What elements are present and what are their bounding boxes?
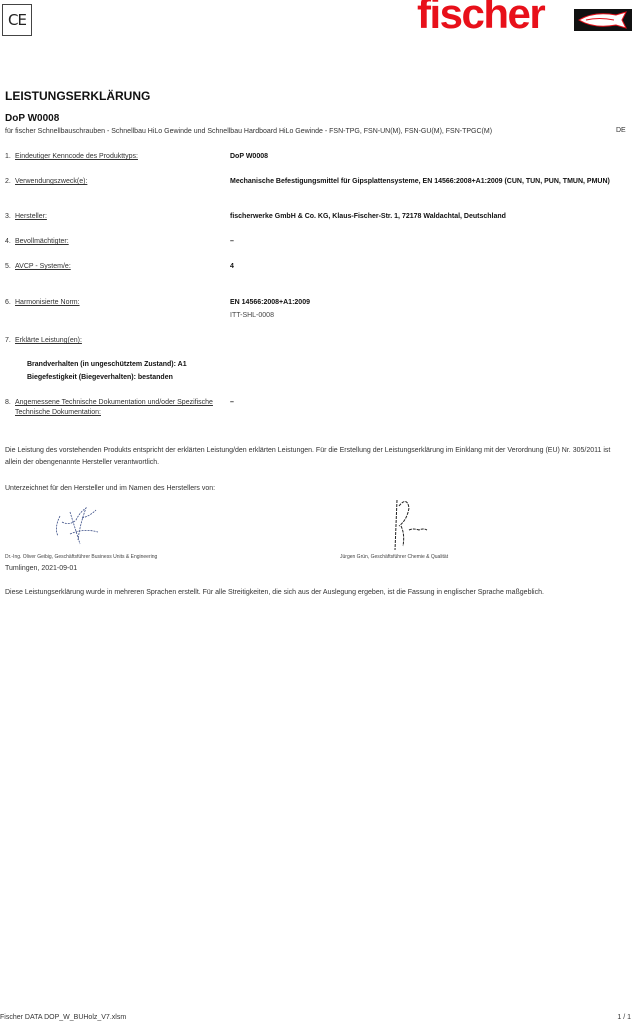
item-number: 2. [5, 178, 11, 185]
item-number: 7. [5, 337, 11, 344]
signatory-caption: Dr.-Ing. Oliver Geibig, Geschäftsführer … [5, 554, 157, 560]
item-number: 4. [5, 238, 11, 245]
item-number: 5. [5, 263, 11, 270]
item-value: – [230, 398, 620, 408]
item-label: AVCP - System/e: [15, 262, 71, 272]
item-label: Eindeutiger Kenncode des Produkttyps: [15, 152, 138, 162]
logo-wordmark: fischer [417, 0, 544, 37]
item-value: Mechanische Befestigungsmittel für Gipsp… [230, 177, 620, 187]
performance-line: Biegefestigkeit (Biegeverhalten): bestan… [27, 374, 173, 381]
item-label: Bevollmächtigter: [15, 237, 69, 247]
product-description: für fischer Schnellbauschrauben - Schnel… [5, 127, 595, 137]
signed-for-statement: Unterzeichnet für den Hersteller und im … [5, 483, 615, 495]
document-code: DoP W0008 [5, 113, 59, 124]
fish-logo-icon [574, 9, 632, 31]
item-label: Hersteller: [15, 212, 47, 222]
footer-filename: Fischer DATA DOP_W_BUHolz_V7.xlsm [0, 1014, 126, 1021]
item-sub-value: ITT-SHL-0008 [230, 312, 274, 319]
item-number: 3. [5, 213, 11, 220]
footer-page-number: 1 / 1 [617, 1014, 631, 1021]
language-code: DE [616, 127, 626, 134]
item-value: DoP W0008 [230, 152, 620, 162]
language-note: Diese Leistungserklärung wurde in mehrer… [5, 587, 615, 599]
page-title: LEISTUNGSERKLÄRUNG [5, 89, 150, 103]
item-label: Harmonisierte Norm: [15, 298, 80, 308]
item-number: 8. [5, 399, 11, 406]
ce-mark: CE [2, 4, 32, 36]
item-value: fischerwerke GmbH & Co. KG, Klaus-Fische… [230, 212, 620, 222]
item-label: Angemessene Technische Dokumentation und… [15, 398, 220, 418]
signatory-caption: Jürgen Grün, Geschäftsführer Chemie & Qu… [340, 554, 448, 560]
performance-line: Brandverhalten (in ungeschütztem Zustand… [27, 361, 187, 368]
item-label: Erklärte Leistung(en): [15, 336, 82, 346]
item-value: – [230, 237, 620, 247]
item-value: EN 14566:2008+A1:2009 [230, 298, 620, 308]
signature-geibig [40, 498, 120, 558]
place-date: Tumlingen, 2021-09-01 [5, 565, 77, 572]
item-number: 1. [5, 153, 11, 160]
signature-gruen [385, 494, 445, 559]
conformity-statement: Die Leistung des vorstehenden Produkts e… [5, 445, 615, 469]
item-label: Verwendungszweck(e): [15, 177, 87, 187]
item-value: 4 [230, 262, 620, 272]
item-number: 6. [5, 299, 11, 306]
